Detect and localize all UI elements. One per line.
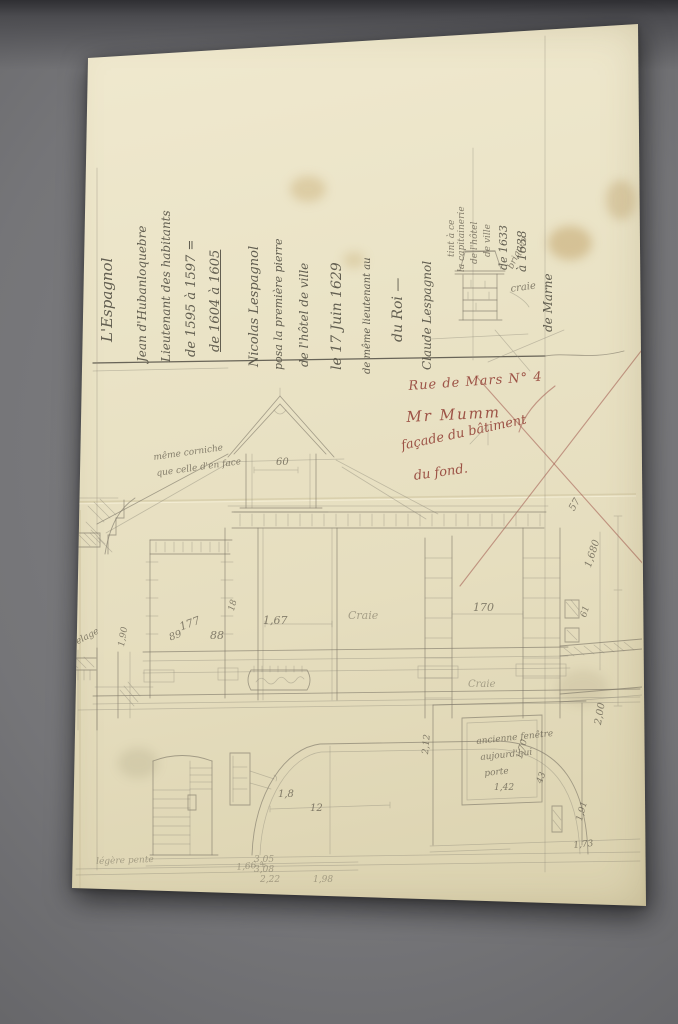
handwritten-line: de l'hôtel de ville [298,263,310,367]
facade-elevation [78,528,640,718]
handwritten-line: de 1604 à 1605 [209,250,222,352]
handwritten-line: la capitainerie [458,206,467,272]
handwritten-line: Jean d'Hubanloquebre [136,226,148,362]
handwritten-line: tint à ce [448,220,457,257]
dimension-label: 1,8 [278,790,294,800]
pencil-drawing [58,30,642,896]
calculation: 3,08 [254,866,274,875]
calculation: 1,98 [313,876,333,885]
calculation: 3,05 [254,856,274,865]
material-label-craie: Craie [348,610,378,621]
handwritten-line: du Roi — [391,278,405,342]
handwritten-line: Claude Lespagnol [421,261,433,370]
dormer [218,388,344,512]
handwritten-line: de même lieutenant au [363,257,373,374]
sheet-content: L'Espagnol Jean d'Hubanloquebre Lieutena… [58,30,642,896]
handwritten-line: de 1595 à 1597 = [185,240,198,357]
calculation: 2,22 [260,876,280,885]
handwritten-line: le 17 Juin 1629 [330,262,344,370]
handwritten-line: de Marne [542,273,554,332]
left-head-band [150,540,232,554]
handwritten-line: de ville [484,224,493,257]
arched-doorway [252,741,588,855]
dimension-label: 12 [310,804,323,814]
handwritten-line: posa la première pierre [273,238,284,370]
handwritten-line: Nicolas Lespagnol [248,246,261,367]
staircase [146,756,640,867]
dentil-cornice [228,506,548,528]
dimension-label: 170 [473,602,494,613]
dimension-label: 2,12 [422,734,433,755]
handwritten-line: Lieutenant des habitants [160,210,172,362]
cornice-section-profile [76,498,135,554]
handwritten-title: L'Espagnol [100,258,115,342]
dimension-label: 1,42 [494,784,514,793]
left-margin-section [58,648,153,730]
cartouche [248,666,310,690]
roof-lines [97,454,438,533]
dimension-label: 88 [210,630,224,641]
aged-paper: L'Espagnol Jean d'Hubanloquebre Lieutena… [56,20,648,912]
handwritten-line: de l'hôtel [471,222,480,264]
dimension-label: 1,67 [263,615,288,626]
photograph-gray-mat: L'Espagnol Jean d'Hubanloquebre Lieutena… [0,0,678,1024]
dimension-label: 60 [276,458,289,468]
material-label-craie: Craie [468,680,496,690]
drawing-sheet: L'Espagnol Jean d'Hubanloquebre Lieutena… [56,20,648,912]
bottom-rules [76,861,640,875]
shelf-panel [230,753,277,805]
